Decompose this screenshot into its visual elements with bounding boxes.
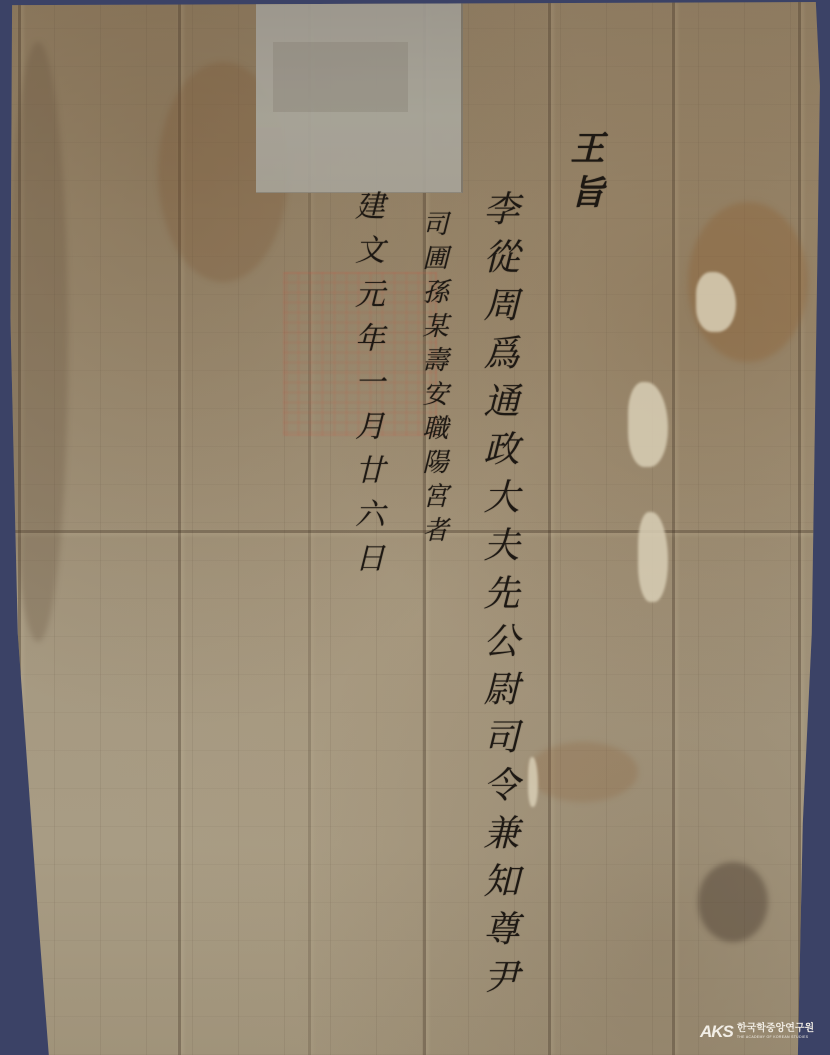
fold-line-vertical [672, 2, 675, 1055]
repair-patch-shadow [273, 42, 408, 112]
date-text-column: 建文元年一月廿六日 [344, 190, 388, 586]
edge-darkening [8, 42, 68, 642]
document-paper: 王旨 李從周爲通政大夫先公尉司令兼知尊尹 司圃孫某壽安職陽宮者 建文元年一月廿六… [8, 2, 824, 1055]
aks-logo-mark-icon: AKS [700, 1022, 733, 1042]
fold-line-vertical [548, 2, 551, 1055]
paper-loss-spot [528, 757, 538, 807]
aks-watermark-logo: AKS 한국학중앙연구원 THE ACADEMY OF KOREAN STUDI… [700, 1022, 814, 1042]
document-title-column: 王旨 [560, 130, 609, 218]
ink-blot [698, 862, 768, 942]
appointment-text-column: 李從周爲通政大夫先公尉司令兼知尊尹 [473, 190, 524, 1006]
water-stain [528, 742, 638, 802]
aks-english-name: THE ACADEMY OF KOREAN STUDIES [737, 1036, 814, 1040]
aks-korean-name: 한국학중앙연구원 [737, 1024, 814, 1034]
aks-logo-text: 한국학중앙연구원 THE ACADEMY OF KOREAN STUDIES [737, 1024, 814, 1040]
fold-line-vertical [798, 2, 801, 1055]
role-text-column: 司圃孫某壽安職陽宮者 [415, 210, 452, 550]
